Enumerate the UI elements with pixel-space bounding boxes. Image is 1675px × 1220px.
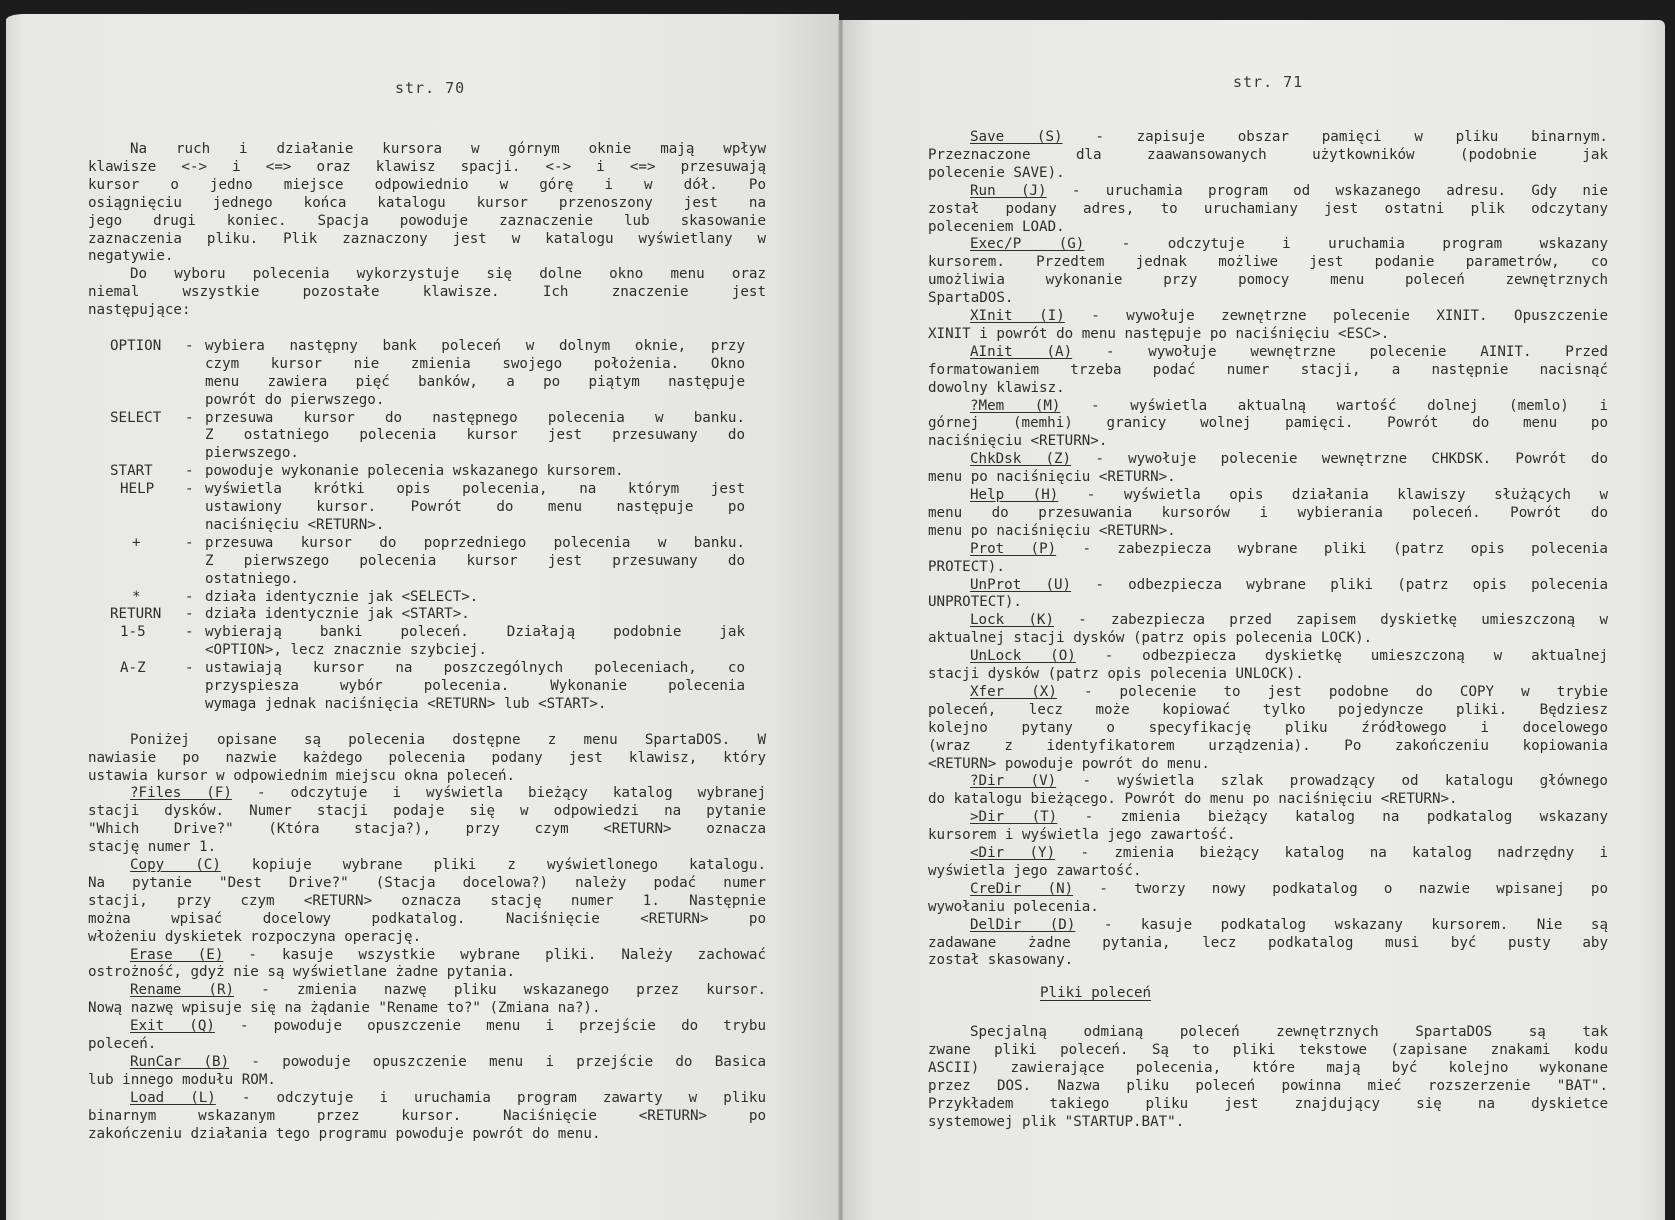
section-heading: Pliki poleceń — [1040, 985, 1151, 1001]
command-description-line: Nową nazwę wpisuje się na żądanie "Renam… — [88, 999, 766, 1017]
command-description-line: formatowaniem trzeba podać numer stacji,… — [928, 361, 1608, 379]
key-definition-line: naciśnięciu <RETURN>. — [205, 516, 745, 534]
command-entry-first-line: ?Dir (V) - wyświetla szlak prowadzący od… — [928, 772, 1608, 790]
command-description-line: stację numer 1. — [88, 838, 766, 856]
command-description: - powoduje opuszczenie menu i przejście … — [229, 1054, 766, 1070]
command-entry-first-line: Save (S) - zapisuje obszar pamięci w pli… — [928, 128, 1608, 146]
key-name: HELP — [120, 480, 154, 498]
command-description: kopiuje wybrane pliki z wyświetlonego ka… — [221, 857, 766, 873]
command-name: UnLock (O) — [970, 648, 1076, 664]
command-description-line: lub innego modułu ROM. — [88, 1071, 766, 1089]
command-entry-first-line: Copy (C) kopiuje wybrane pliki z wyświet… — [88, 856, 766, 874]
definition-dash: - — [185, 659, 194, 677]
paragraph-line: Do wyboru polecenia wykorzystuje się dol… — [88, 265, 766, 283]
key-definition-line: przesuwa kursor do poprzedniego poleceni… — [205, 534, 745, 552]
command-entry-first-line: ?Mem (M) - wyświetla aktualną wartość do… — [928, 397, 1608, 415]
command-name: Lock (K) — [970, 612, 1054, 628]
command-description-line: poleceń. — [88, 1035, 766, 1053]
command-entry-first-line: DelDir (D) - kasuje podkatalog wskazany … — [928, 916, 1608, 934]
command-description-line: UNPROTECT). — [928, 593, 1608, 611]
command-description-line: <RETURN> powoduje powrót do menu. — [928, 755, 1608, 773]
paragraph-line: zwane pliki poleceń. Są to pliki tekstow… — [928, 1041, 1608, 1059]
paragraph-line: Na ruch i działanie kursora w górnym okn… — [88, 140, 766, 158]
paragraph-line: klawisze <-> i <=> oraz klawisz spacji. … — [88, 158, 766, 176]
command-description: - zmienia bieżący katalog na podkatalog … — [1057, 809, 1608, 825]
paragraph-line: nawiasie po nazwie każdego polecenia pod… — [88, 749, 766, 767]
command-description-line: poleceniem LOAD. — [928, 218, 1608, 236]
command-description: - zapisuje obszar pamięci w pliku binarn… — [1063, 129, 1608, 145]
key-definition-line: przyspiesza wybór polecenia. Wykonanie p… — [205, 677, 745, 695]
command-entry-first-line: >Dir (T) - zmienia bieżący katalog na po… — [928, 808, 1608, 826]
command-description-line: włożeniu dyskietek rozpoczyna operację. — [88, 928, 766, 946]
command-entry-first-line: Run (J) - uruchamia program od wskazaneg… — [928, 182, 1608, 200]
key-definition-line: menu zawiera pięć banków, a po piątym na… — [205, 373, 745, 391]
paragraph-line: systemowej plik "STARTUP.BAT". — [928, 1113, 1608, 1131]
command-description-line: XINIT i powrót do menu następuje po naci… — [928, 325, 1608, 343]
key-name: OPTION — [110, 337, 161, 355]
command-description-line: naciśnięciu <RETURN>. — [928, 432, 1608, 450]
paragraph-line: kursor o jedno miejsce odpowiednio w gór… — [88, 176, 766, 194]
command-description-line: wyświetla jego zawartość. — [928, 862, 1608, 880]
key-definition-line: wyświetla krótki opis polecenia, na któr… — [205, 480, 745, 498]
command-name: ?Dir (V) — [970, 773, 1056, 789]
command-name: ChkDsk (Z) — [970, 451, 1071, 467]
command-entry-first-line: Help (H) - wyświetla opis działania klaw… — [928, 486, 1608, 504]
command-description-line: menu po naciśnięciu <RETURN>. — [928, 522, 1608, 540]
key-definition-line: pierwszego. — [205, 444, 745, 462]
command-name: ?Mem (M) — [970, 398, 1060, 414]
command-name: Exit (Q) — [130, 1018, 215, 1034]
definition-dash: - — [185, 480, 194, 498]
command-name: Copy (C) — [130, 857, 221, 873]
command-entry-first-line: ?Files (F) - odczytuje i wyświetla bieżą… — [88, 784, 766, 802]
command-description: - zabezpiecza przed zapisem dyskietkę um… — [1054, 612, 1608, 628]
command-entry-first-line: Load (L) - odczytuje i uruchamia program… — [88, 1089, 766, 1107]
key-definition-line: Z pierwszego polecenia kursor jest przes… — [205, 552, 745, 570]
command-description: - wywołuje wewnętrzne polecenie AINIT. P… — [1072, 344, 1608, 360]
command-description-line: został podany adres, to uruchamiany jest… — [928, 200, 1608, 218]
command-description: - odczytuje i uruchamia program zawarty … — [216, 1090, 766, 1106]
command-description-line: PROTECT). — [928, 558, 1608, 576]
key-name: SELECT — [110, 409, 161, 427]
command-description: - odbezpiecza wybrane pliki (patrz opis … — [1071, 577, 1608, 593]
definition-dash: - — [185, 337, 194, 355]
command-description: - tworzy nowy podkatalog o nazwie wpisan… — [1073, 881, 1608, 897]
command-description-line: aktualnej stacji dysków (patrz opis pole… — [928, 629, 1608, 647]
command-description-line: wywołaniu polecenia. — [928, 898, 1608, 916]
command-description: - odczytuje i wyświetla bieżący katalog … — [232, 785, 766, 801]
command-description-line: "Which Drive?" (Która stacja?), przy czy… — [88, 820, 766, 838]
command-description-line: binarnym wskazanym przez kursor. Naciśni… — [88, 1107, 766, 1125]
key-definition-line: działa identycznie jak <START>. — [205, 605, 745, 623]
definition-dash: - — [185, 409, 194, 427]
definition-dash: - — [185, 462, 194, 480]
command-name: XInit (I) — [970, 308, 1065, 324]
key-name: 1-5 — [120, 623, 146, 641]
definition-dash: - — [185, 534, 194, 552]
command-description-line: ostrożność, gdyż nie są wyświetlane żadn… — [88, 963, 766, 981]
command-description-line: kursorem. Przedtem jednak możliwe jest p… — [928, 253, 1608, 271]
key-name: A-Z — [120, 659, 146, 677]
key-name: RETURN — [110, 605, 161, 623]
paragraph-line: ASCII) zawierające polecenia, które mają… — [928, 1059, 1608, 1077]
key-definition-line: czym kursor nie zmienia swojego położeni… — [205, 355, 745, 373]
command-entry-first-line: Xfer (X) - polecenie to jest podobne do … — [928, 683, 1608, 701]
command-description-line: zadawane żadne pytania, lecz podkatalog … — [928, 934, 1608, 952]
command-name: <Dir (Y) — [970, 845, 1055, 861]
command-name: Prot (P) — [970, 541, 1056, 557]
key-definition-line: przesuwa kursor do następnego polecenia … — [205, 409, 745, 427]
command-description: - wywołuje zewnętrzne polecenie XINIT. O… — [1065, 308, 1608, 324]
definition-dash: - — [185, 605, 194, 623]
command-entry-first-line: XInit (I) - wywołuje zewnętrzne poleceni… — [928, 307, 1608, 325]
command-description: - zmienia nazwę pliku wskazanego przez k… — [234, 982, 766, 998]
command-name: ?Files (F) — [130, 785, 232, 801]
key-definition-line: ustawiają kursor na poszczególnych polec… — [205, 659, 745, 677]
command-entry-first-line: CreDir (N) - tworzy nowy podkatalog o na… — [928, 880, 1608, 898]
paragraph-line: Specjalną odmianą poleceń zewnętrznych S… — [928, 1023, 1608, 1041]
command-description-line: stacji dysków. Numer stacji podaje się w… — [88, 802, 766, 820]
command-description: - kasuje podkatalog wskazany kursorem. N… — [1075, 917, 1608, 933]
paragraph-line: zaznaczenia pliku. Plik zaznaczony jest … — [88, 230, 766, 248]
command-description-line: kolejno pytany o specyfikację pliku źród… — [928, 719, 1608, 737]
key-name: * — [132, 588, 141, 606]
command-description: - odbezpiecza dyskietkę umieszczoną w ak… — [1076, 648, 1608, 664]
command-entry-first-line: Lock (K) - zabezpiecza przed zapisem dys… — [928, 611, 1608, 629]
key-definition-line: wybiera następny bank poleceń w dolnym o… — [205, 337, 745, 355]
command-description: - polecenie to jest podobne do COPY w tr… — [1057, 684, 1608, 700]
command-description: - kasuje wszystkie wybrane pliki. Należy… — [223, 947, 766, 963]
command-description-line: kursorem i wyświetla jego zawartość. — [928, 826, 1608, 844]
paragraph-line: jego drugi koniec. Spacja powoduje zazna… — [88, 212, 766, 230]
command-entry-first-line: ChkDsk (Z) - wywołuje polecenie wewnętrz… — [928, 450, 1608, 468]
command-name: Help (H) — [970, 487, 1058, 503]
command-name: Load (L) — [130, 1090, 216, 1106]
command-name: CreDir (N) — [970, 881, 1073, 897]
command-description-line: SpartaDOS. — [928, 289, 1608, 307]
key-definition-line: działa identycznie jak <SELECT>. — [205, 588, 745, 606]
command-description: - zabezpiecza wybrane pliki (patrz opis … — [1056, 541, 1608, 557]
command-entry-first-line: Exit (Q) - powoduje opuszczenie menu i p… — [88, 1017, 766, 1035]
command-description: - wyświetla opis działania klawiszy służ… — [1058, 487, 1608, 503]
command-description: - powoduje opuszczenie menu i przejście … — [215, 1018, 766, 1034]
key-name: START — [110, 462, 153, 480]
command-name: DelDir (D) — [970, 917, 1075, 933]
command-description-line: umożliwia wykonanie przy pomocy menu pol… — [928, 271, 1608, 289]
command-description: - odczytuje i uruchamia program wskazany — [1084, 236, 1608, 252]
command-description-line: menu do przesuwania kursorów i wybierani… — [928, 504, 1608, 522]
command-name: Exec/P (G) — [970, 236, 1084, 252]
command-description-line: stacji dysków (patrz opis polecenia UNLO… — [928, 665, 1608, 683]
key-definition-line: Z ostatniego polecenia kursor jest przes… — [205, 426, 745, 444]
page-number-left: str. 70 — [395, 79, 465, 97]
command-entry-first-line: UnLock (O) - odbezpiecza dyskietkę umies… — [928, 647, 1608, 665]
command-description-line: stacji, przy czym <RETURN> oznacza stacj… — [88, 892, 766, 910]
command-entry-first-line: <Dir (Y) - zmienia bieżący katalog na ka… — [928, 844, 1608, 862]
command-description: - zmienia bieżący katalog na katalog nad… — [1055, 845, 1608, 861]
command-entry-first-line: Exec/P (G) - odczytuje i uruchamia progr… — [928, 235, 1608, 253]
command-description: - wywołuje polecenie wewnętrzne CHKDSK. … — [1071, 451, 1608, 467]
key-definition-line: wybierają banki poleceń. Działają podobn… — [205, 623, 745, 641]
command-description-line: do katalogu bieżącego. Powrót do menu po… — [928, 790, 1608, 808]
key-definition-line: ustawiony kursor. Powrót do menu następu… — [205, 498, 745, 516]
command-entry-first-line: Erase (E) - kasuje wszystkie wybrane pli… — [88, 946, 766, 964]
paragraph-line: niemal wszystkie pozostałe klawisze. Ich… — [88, 283, 766, 301]
key-definition-line: powrót do pierwszego. — [205, 391, 745, 409]
paragraph-line: ustawia kursor w odpowiednim miejscu okn… — [88, 767, 766, 785]
definition-dash: - — [185, 588, 194, 606]
command-name: Xfer (X) — [970, 684, 1057, 700]
command-description-line: (wraz z identyfikatorem urządzenia). Po … — [928, 737, 1608, 755]
command-description-line: dowolny klawisz. — [928, 379, 1608, 397]
paragraph-line: Poniżej opisane są polecenia dostępne z … — [88, 731, 766, 749]
key-definition-line: powoduje wykonanie polecenia wskazanego … — [205, 462, 745, 480]
command-name: >Dir (T) — [970, 809, 1057, 825]
command-entry-first-line: AInit (A) - wywołuje wewnętrzne poleceni… — [928, 343, 1608, 361]
command-description-line: można wpisać docelowy podkatalog. Naciśn… — [88, 910, 766, 928]
definition-dash: - — [185, 623, 194, 641]
command-name: Save (S) — [970, 129, 1063, 145]
command-name: Erase (E) — [130, 947, 223, 963]
key-name: + — [132, 534, 141, 552]
command-description-line: polecenie SAVE). — [928, 164, 1608, 182]
page-number-right: str. 71 — [1233, 73, 1303, 91]
command-description-line: menu po naciśnięciu <RETURN>. — [928, 468, 1608, 486]
command-name: AInit (A) — [970, 344, 1072, 360]
command-description-line: Na pytanie "Dest Drive?" (Stacja docelow… — [88, 874, 766, 892]
command-description-line: górnej (memhi) granicy wolnej pamięci. P… — [928, 414, 1608, 432]
paragraph-line: przez DOS. Nazwa pliku poleceń powinna m… — [928, 1077, 1608, 1095]
command-description-line: został skasowany. — [928, 951, 1608, 969]
command-name: UnProt (U) — [970, 577, 1071, 593]
key-definition-line: wymaga jednak naciśnięcia <RETURN> lub <… — [205, 695, 745, 713]
command-name: RunCar (B) — [130, 1054, 229, 1070]
command-description: - wyświetla szlak prowadzący od katalogu… — [1056, 773, 1608, 789]
command-description-line: zakończeniu działania tego programu powo… — [88, 1125, 766, 1143]
command-description-line: poleceń, lecz może kopiować tylko pojedy… — [928, 701, 1608, 719]
paragraph-line: osiągnięciu jednego końca katalogu kurso… — [88, 194, 766, 212]
command-entry-first-line: RunCar (B) - powoduje opuszczenie menu i… — [88, 1053, 766, 1071]
command-name: Run (J) — [970, 183, 1047, 199]
key-definition-line: ostatniego. — [205, 570, 745, 588]
paragraph-line: negatywie. — [88, 247, 766, 265]
command-name: Rename (R) — [130, 982, 234, 998]
paragraph-line: następujące: — [88, 301, 766, 319]
command-entry-first-line: Rename (R) - zmienia nazwę pliku wskazan… — [88, 981, 766, 999]
command-entry-first-line: Prot (P) - zabezpiecza wybrane pliki (pa… — [928, 540, 1608, 558]
command-description: - uruchamia program od wskazanego adresu… — [1047, 183, 1608, 199]
command-entry-first-line: UnProt (U) - odbezpiecza wybrane pliki (… — [928, 576, 1608, 594]
paragraph-line: Przykładem takiego pliku jest znajdujący… — [928, 1095, 1608, 1113]
command-description-line: Przeznaczone dla zaawansowanych użytkown… — [928, 146, 1608, 164]
key-definition-line: <OPTION>, lecz znacznie szybciej. — [205, 641, 745, 659]
command-description: - wyświetla aktualną wartość dolnej (mem… — [1060, 398, 1608, 414]
